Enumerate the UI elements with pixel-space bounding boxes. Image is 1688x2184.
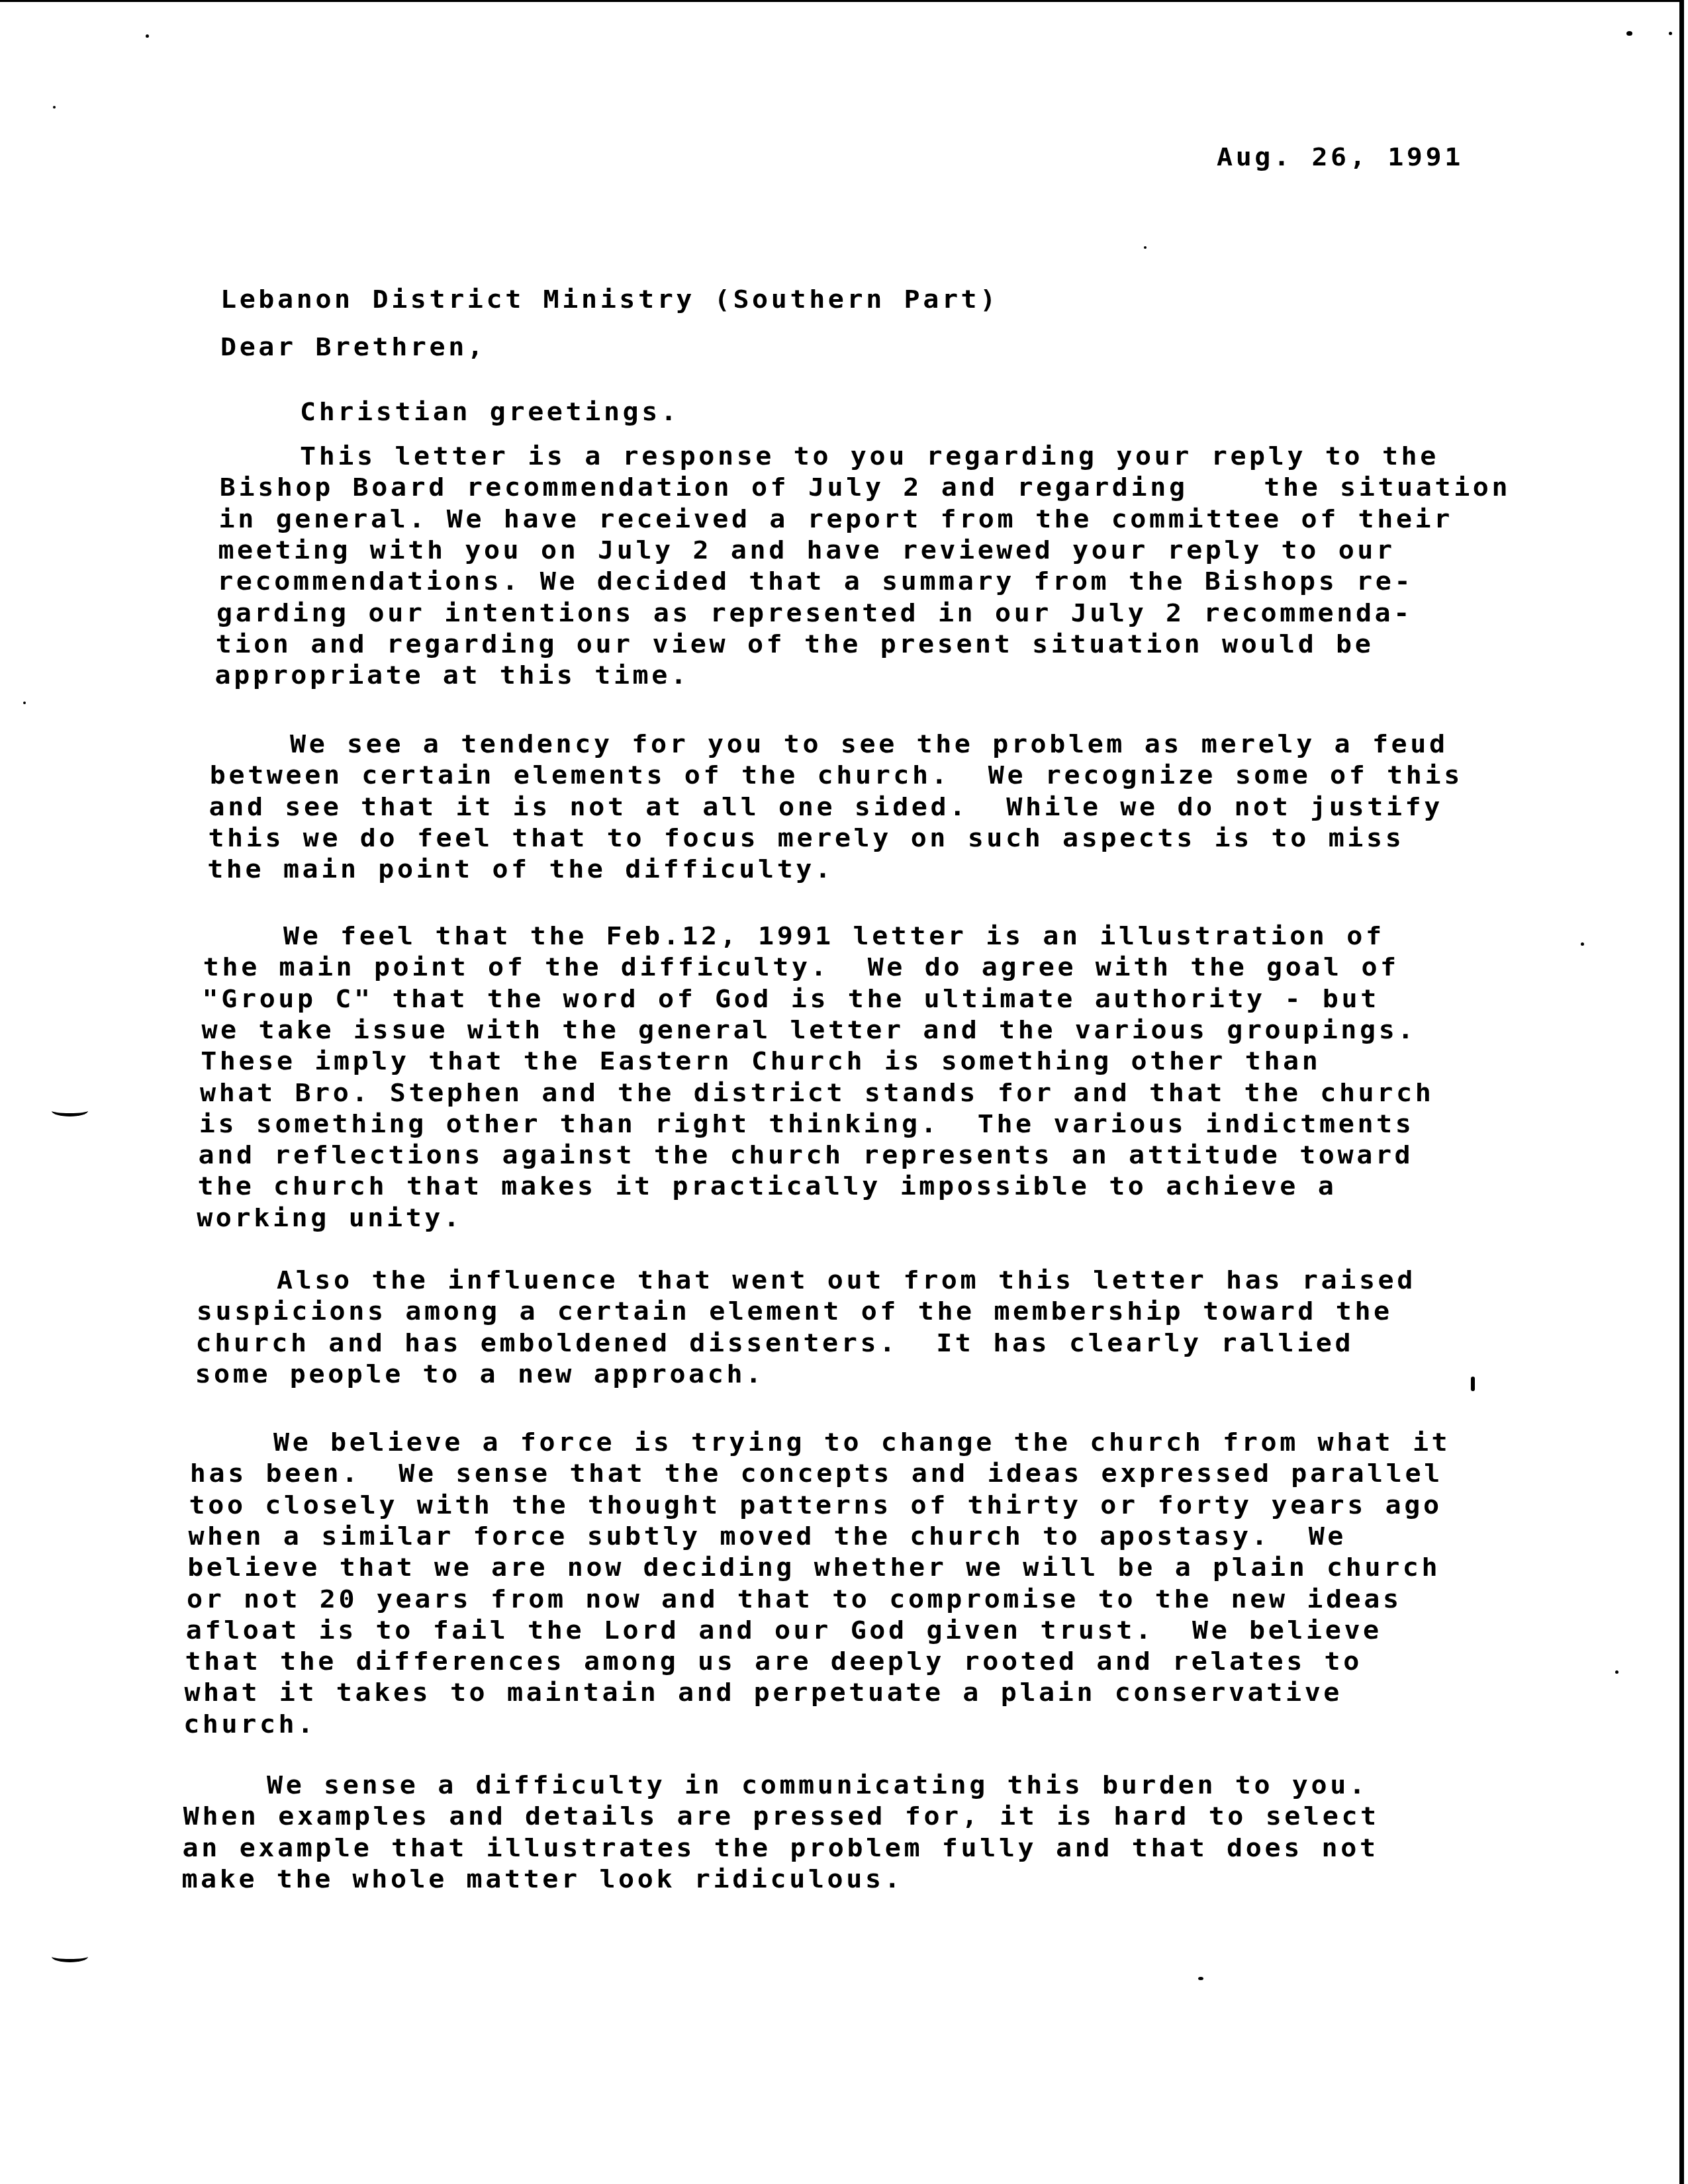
- scan-speck: [1669, 32, 1672, 35]
- body-line: afloat is to fail the Lord and our God g…: [186, 1617, 1382, 1644]
- body-line: church.: [183, 1711, 316, 1738]
- body-line: We believe a force is trying to change t…: [273, 1430, 1450, 1456]
- body-line: or not 20 years from now and that to com…: [187, 1586, 1402, 1613]
- body-line: between certain elements of the church. …: [210, 762, 1463, 789]
- body-line: when a similar force subtly moved the ch…: [188, 1524, 1346, 1550]
- body-line: what it takes to maintain and perpetuate…: [184, 1680, 1342, 1706]
- body-line: When examples and details are pressed fo…: [183, 1803, 1380, 1830]
- body-line: make the whole matter look ridiculous.: [181, 1866, 903, 1893]
- scan-speck: [1471, 1377, 1475, 1391]
- body-line: too closely with the thought patterns of…: [189, 1492, 1442, 1519]
- letter-page: Aug. 26, 1991 Lebanon District Ministry …: [0, 0, 1688, 2184]
- body-line: and see that it is not at all one sided.…: [209, 794, 1443, 821]
- margin-mark: [52, 1105, 88, 1116]
- body-line: appropriate at this time.: [215, 662, 690, 689]
- body-line: "Group C" that the word of God is the ul…: [203, 986, 1380, 1013]
- greeting: Christian greetings.: [300, 399, 680, 426]
- body-line: garding our intentions as represented in…: [216, 600, 1413, 627]
- scan-speck: [1626, 31, 1632, 36]
- body-line: These imply that the Eastern Church is s…: [201, 1048, 1321, 1075]
- body-line: has been. We sense that the concepts and…: [190, 1461, 1443, 1487]
- body-line: We sense a difficulty in communicating t…: [267, 1772, 1368, 1799]
- scan-speck: [1581, 942, 1584, 946]
- scan-speck: [1144, 246, 1147, 249]
- body-line: the church that makes it practically imp…: [197, 1173, 1336, 1200]
- body-line: believe that we are now deciding whether…: [187, 1555, 1440, 1581]
- body-line: church and has emboldened dissenters. It…: [196, 1330, 1354, 1357]
- letter-date: Aug. 26, 1991: [1217, 144, 1464, 171]
- body-line: recommendations. We decided that a summa…: [217, 569, 1413, 595]
- body-line: that the differences among us are deeply…: [185, 1649, 1362, 1675]
- body-line: is something other than right thinking. …: [199, 1111, 1415, 1138]
- body-line: working unity.: [197, 1205, 463, 1232]
- body-line: and reflections against the church repre…: [199, 1142, 1414, 1169]
- page-right-edge: [1679, 0, 1684, 2184]
- margin-mark: [52, 1951, 88, 1962]
- body-line: Bishop Board recommendation of July 2 an…: [220, 475, 1511, 501]
- body-line: We see a tendency for you to see the pro…: [290, 731, 1448, 758]
- body-line: meeting with you on July 2 and have revi…: [218, 537, 1395, 564]
- scan-speck: [146, 34, 149, 38]
- scan-speck: [1198, 1977, 1203, 1980]
- body-line: We feel that the Feb.12, 1991 letter is …: [283, 923, 1385, 950]
- body-line: what Bro. Stephen and the district stand…: [200, 1080, 1434, 1107]
- body-line: Also the influence that went out from th…: [277, 1267, 1416, 1294]
- salutation: Dear Brethren,: [220, 334, 487, 361]
- body-line: suspicions among a certain element of th…: [197, 1298, 1393, 1325]
- body-line: some people to a new approach.: [195, 1361, 764, 1388]
- page-top-edge: [0, 0, 1681, 2]
- body-line: This letter is a response to you regardi…: [300, 443, 1439, 470]
- addressee: Lebanon District Ministry (Southern Part…: [220, 287, 999, 313]
- body-line: in general. We have received a report fr…: [219, 506, 1453, 533]
- scan-speck: [23, 702, 26, 704]
- body-line: this we do feel that to focus merely on …: [208, 825, 1404, 852]
- body-line: we take issue with the general letter an…: [201, 1017, 1417, 1044]
- body-line: tion and regarding our view of the prese…: [216, 631, 1374, 658]
- body-line: an example that illustrates the problem …: [183, 1835, 1379, 1862]
- body-line: the main point of the difficulty. We do …: [203, 954, 1399, 981]
- scan-speck: [53, 106, 56, 109]
- scan-speck: [1615, 1670, 1618, 1674]
- body-line: the main point of the difficulty.: [207, 856, 834, 883]
